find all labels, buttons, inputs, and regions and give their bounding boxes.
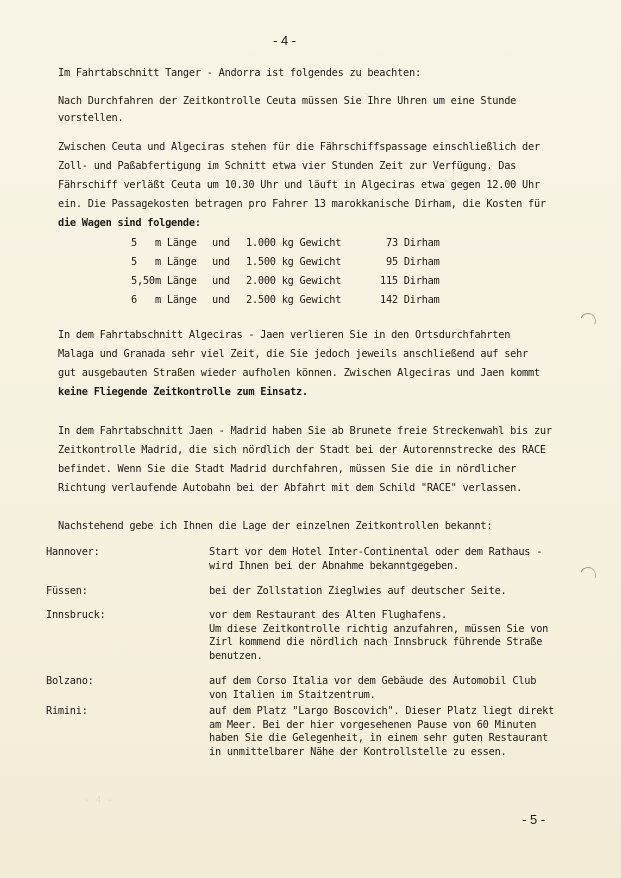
control-place: Innsbruck: bbox=[46, 609, 106, 621]
vehicle-weight: 2.500 kg Gewicht bbox=[246, 294, 341, 306]
and-word: und bbox=[212, 294, 230, 306]
page-number-bottom: - 5 - bbox=[522, 812, 545, 827]
control-place: Rimini: bbox=[46, 705, 88, 717]
punch-hole-mark bbox=[578, 311, 599, 332]
control-description: vor dem Restaurant des Alten Flughafens.… bbox=[209, 609, 548, 663]
fee-cost: 95 Dirham bbox=[386, 256, 440, 268]
vehicle-length: 6 bbox=[131, 294, 137, 306]
punch-hole-mark bbox=[578, 565, 599, 586]
control-place: Hannover: bbox=[46, 546, 100, 558]
control-description: bei der Zollstation Zieglwies auf deutsc… bbox=[209, 585, 506, 599]
length-unit: m Länge bbox=[155, 256, 197, 268]
and-word: und bbox=[212, 256, 230, 268]
section-heading: Im Fahrtabschnitt Tanger - Andorra ist f… bbox=[58, 64, 421, 83]
document-page: - 3 - - 4 - Im Fahrtabschnitt Tanger - A… bbox=[0, 0, 621, 878]
fee-cost: 115 Dirham bbox=[380, 275, 440, 287]
bleed-through-text: - 4 - bbox=[84, 795, 113, 806]
control-description: auf dem Corso Italia vor dem Gebäude des… bbox=[209, 675, 536, 702]
vehicle-length: 5,50 bbox=[131, 275, 155, 287]
control-description: Start vor dem Hotel Inter-Continental od… bbox=[209, 546, 542, 573]
controls-intro: Nachstehend gebe ich Ihnen die Lage der … bbox=[58, 517, 492, 536]
fee-cost: 73 Dirham bbox=[386, 237, 440, 249]
and-word: und bbox=[212, 275, 230, 287]
vehicle-weight: 1.000 kg Gewicht bbox=[246, 237, 341, 249]
page-number-top: - 4 - bbox=[273, 33, 296, 48]
length-unit: m Länge bbox=[155, 294, 197, 306]
control-description: auf dem Platz "Largo Boscovich". Dieser … bbox=[209, 705, 554, 759]
length-unit: m Länge bbox=[155, 275, 197, 287]
control-place: Bolzano: bbox=[46, 675, 94, 687]
control-place: Füssen: bbox=[46, 585, 88, 597]
vehicle-length: 5 bbox=[131, 256, 137, 268]
length-unit: m Länge bbox=[155, 237, 197, 249]
vehicle-length: 5 bbox=[131, 237, 137, 249]
and-word: und bbox=[212, 237, 230, 249]
vehicle-weight: 2.000 kg Gewicht bbox=[246, 275, 341, 287]
vehicle-weight: 1.500 kg Gewicht bbox=[246, 256, 341, 268]
fee-cost: 142 Dirham bbox=[380, 294, 440, 306]
